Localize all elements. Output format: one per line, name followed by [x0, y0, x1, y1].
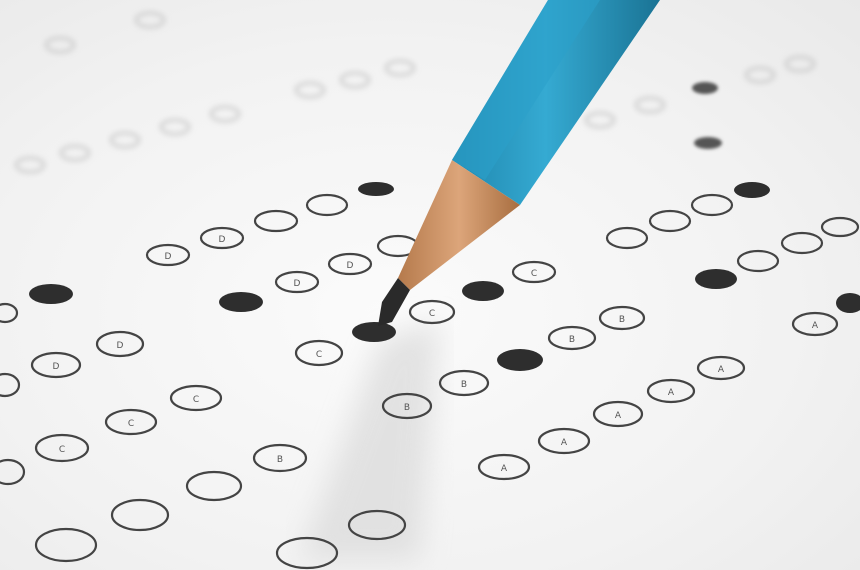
- far-filled-bubbles: [692, 82, 722, 149]
- svg-text:A: A: [718, 365, 725, 375]
- svg-text:B: B: [404, 403, 410, 413]
- svg-text:A: A: [501, 464, 508, 474]
- svg-text:B: B: [619, 315, 625, 325]
- svg-text:B: B: [569, 335, 575, 345]
- pencil-graphite: [378, 278, 410, 326]
- far-bubbles: [16, 13, 814, 172]
- svg-text:B: B: [277, 455, 283, 465]
- svg-text:A: A: [668, 388, 675, 398]
- svg-text:A: A: [812, 321, 819, 331]
- svg-text:D: D: [53, 362, 60, 372]
- svg-text:A: A: [615, 411, 622, 421]
- svg-text:B: B: [461, 380, 467, 390]
- answer-sheet-illustration: AAA AAA BBB BB CCC CCC DDD DDD: [0, 0, 860, 570]
- svg-text:D: D: [347, 261, 354, 271]
- svg-text:D: D: [294, 279, 301, 289]
- svg-text:C: C: [59, 445, 65, 455]
- svg-text:D: D: [117, 341, 124, 351]
- svg-text:C: C: [429, 309, 435, 319]
- svg-text:C: C: [316, 350, 322, 360]
- svg-text:A: A: [561, 438, 568, 448]
- svg-text:C: C: [531, 269, 537, 279]
- svg-text:D: D: [219, 235, 226, 245]
- svg-text:C: C: [193, 395, 199, 405]
- pencil: [378, 0, 660, 326]
- answer-sheet-photo: AAA AAA BBB BB CCC CCC DDD DDD: [0, 0, 860, 570]
- svg-text:D: D: [165, 252, 172, 262]
- svg-text:C: C: [128, 419, 134, 429]
